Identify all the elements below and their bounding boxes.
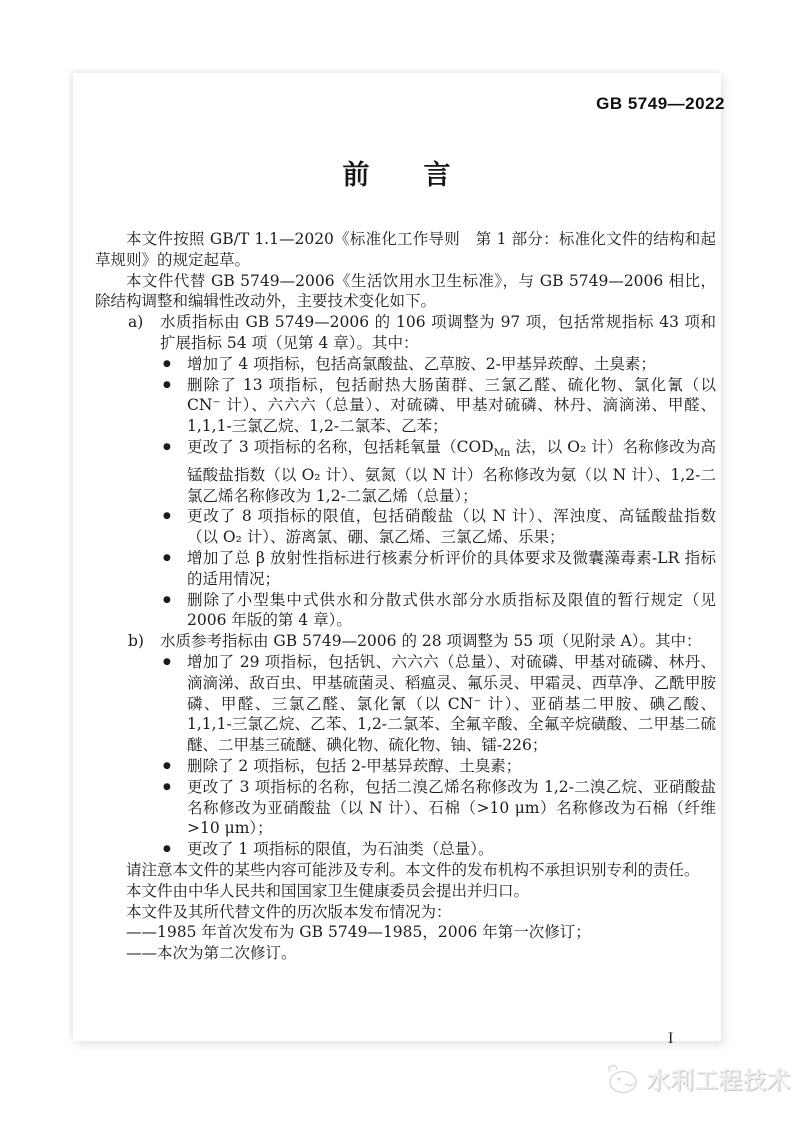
paragraph-history-1985: ——1985 年首次发布为 GB 5749—1985，2006 年第一次修订； [95,922,716,943]
bullet-dot-icon: ● [163,548,187,590]
paragraph-issuer: 本文件由中华人民共和国国家卫生健康委员会提出并归口。 [95,881,716,902]
bullet-item: ● 更改了 3 项指标的名称，包括耗氧量（CODMn 法，以 O₂ 计）名称修改… [163,437,716,506]
bullet-item: ● 更改了 3 项指标的名称，包括二溴乙烯名称修改为 1,2-二溴乙烷、亚硝酸盐… [163,777,716,839]
bullet-text: 删除了 13 项指标，包括耐热大肠菌群、三氯乙醛、硫化物、氯化氰（以 CN⁻ 计… [187,375,716,437]
bullet-item: ● 更改了 8 项指标的限值，包括硝酸盐（以 N 计）、浑浊度、高锰酸盐指数（以… [163,506,716,548]
list-item-a: a) 水质指标由 GB 5749—2006 的 106 项调整为 97 项，包括… [95,312,716,354]
bullet-dot-icon: ● [163,354,187,375]
doc-code: GB 5749—2022 [596,94,725,114]
bullet-dot-icon: ● [163,590,187,632]
list-label-b: b) [128,631,160,652]
bullet-list-b: ● 增加了 29 项指标，包括钒、六六六（总量）、对硫磷、甲基对硫磷、林丹、滴滴… [163,652,716,860]
bullet-dot-icon: ● [163,375,187,437]
bullet-text: 增加了总 β 放射性指标进行核素分析评价的具体要求及微囊藻毒素-LR 指标的适用… [187,548,716,590]
bullet-text: 增加了 29 项指标，包括钒、六六六（总量）、对硫磷、甲基对硫磷、林丹、滴滴涕、… [187,652,716,756]
document-page: GB 5749—2022 前 言 本文件按照 GB/T 1.1—2020《标准化… [0,0,793,1122]
bullet-text-part: 更改了 3 项指标的名称，包括耗氧量（COD [187,438,494,456]
bullet-text: 删除了小型集中式供水和分散式供水部分水质指标及限值的暂行规定（见 2006 年版… [187,590,716,632]
paragraph-patent-notice: 请注意本文件的某些内容可能涉及专利。本文件的发布机构不承担识别专利的责任。 [95,860,716,881]
bullet-item: ● 删除了 2 项指标，包括 2-甲基异莰醇、土臭素； [163,756,716,777]
bullet-text: 删除了 2 项指标，包括 2-甲基异莰醇、土臭素； [187,756,716,777]
bullet-item: ● 增加了总 β 放射性指标进行核素分析评价的具体要求及微囊藻毒素-LR 指标的… [163,548,716,590]
paragraph-replaces: 本文件代替 GB 5749—2006《生活饮用水卫生标准》，与 GB 5749—… [95,271,716,313]
paragraph-history-intro: 本文件及其所代替文件的历次版本发布情况为： [95,902,716,923]
list-text-a: 水质指标由 GB 5749—2006 的 106 项调整为 97 项，包括常规指… [160,312,716,354]
bullet-text: 更改了 1 项指标的限值，为石油类（总量）。 [187,839,716,860]
watermark: 水利工程技术 [604,1062,791,1095]
bullet-item: ● 增加了 4 项指标，包括高氯酸盐、乙草胺、2-甲基异莰醇、土臭素； [163,354,716,375]
bullet-item: ● 删除了小型集中式供水和分散式供水部分水质指标及限值的暂行规定（见 2006 … [163,590,716,632]
bullet-text: 更改了 8 项指标的限值，包括硝酸盐（以 N 计）、浑浊度、高锰酸盐指数（以 O… [187,506,716,548]
bullet-dot-icon: ● [163,839,187,860]
page-number: I [668,1030,673,1048]
list-item-b: b) 水质参考指标由 GB 5749—2006 的 28 项调整为 55 项（见… [95,631,716,652]
bullet-dot-icon: ● [163,506,187,548]
subscript-text: Mn [494,448,511,459]
bullet-item: ● 增加了 29 项指标，包括钒、六六六（总量）、对硫磷、甲基对硫磷、林丹、滴滴… [163,652,716,756]
foreword-body: 本文件按照 GB/T 1.1—2020《标准化工作导则 第 1 部分：标准化文件… [95,229,716,964]
watermark-text: 水利工程技术 [647,1062,791,1095]
bullet-dot-icon: ● [163,437,187,506]
list-label-a: a) [128,312,160,354]
bullet-item: ● 删除了 13 项指标，包括耐热大肠菌群、三氯乙醛、硫化物、氯化氰（以 CN⁻… [163,375,716,437]
bullet-dot-icon: ● [163,777,187,839]
watermark-logo-icon [604,1063,642,1095]
bullet-dot-icon: ● [163,756,187,777]
list-text-b: 水质参考指标由 GB 5749—2006 的 28 项调整为 55 项（见附录 … [160,631,716,652]
paragraph-history-current: ——本次为第二次修订。 [95,943,716,964]
bullet-text: 更改了 3 项指标的名称，包括耗氧量（CODMn 法，以 O₂ 计）名称修改为高… [187,437,716,506]
bullet-item: ● 更改了 1 项指标的限值，为石油类（总量）。 [163,839,716,860]
bullet-list-a: ● 增加了 4 项指标，包括高氯酸盐、乙草胺、2-甲基异莰醇、土臭素； ● 删除… [163,354,716,631]
bullet-text: 增加了 4 项指标，包括高氯酸盐、乙草胺、2-甲基异莰醇、土臭素； [187,354,716,375]
page-title: 前 言 [0,153,793,192]
bullet-dot-icon: ● [163,652,187,756]
bullet-text: 更改了 3 项指标的名称，包括二溴乙烯名称修改为 1,2-二溴乙烷、亚硝酸盐名称… [187,777,716,839]
paragraph-drafting-rule: 本文件按照 GB/T 1.1—2020《标准化工作导则 第 1 部分：标准化文件… [95,229,716,271]
